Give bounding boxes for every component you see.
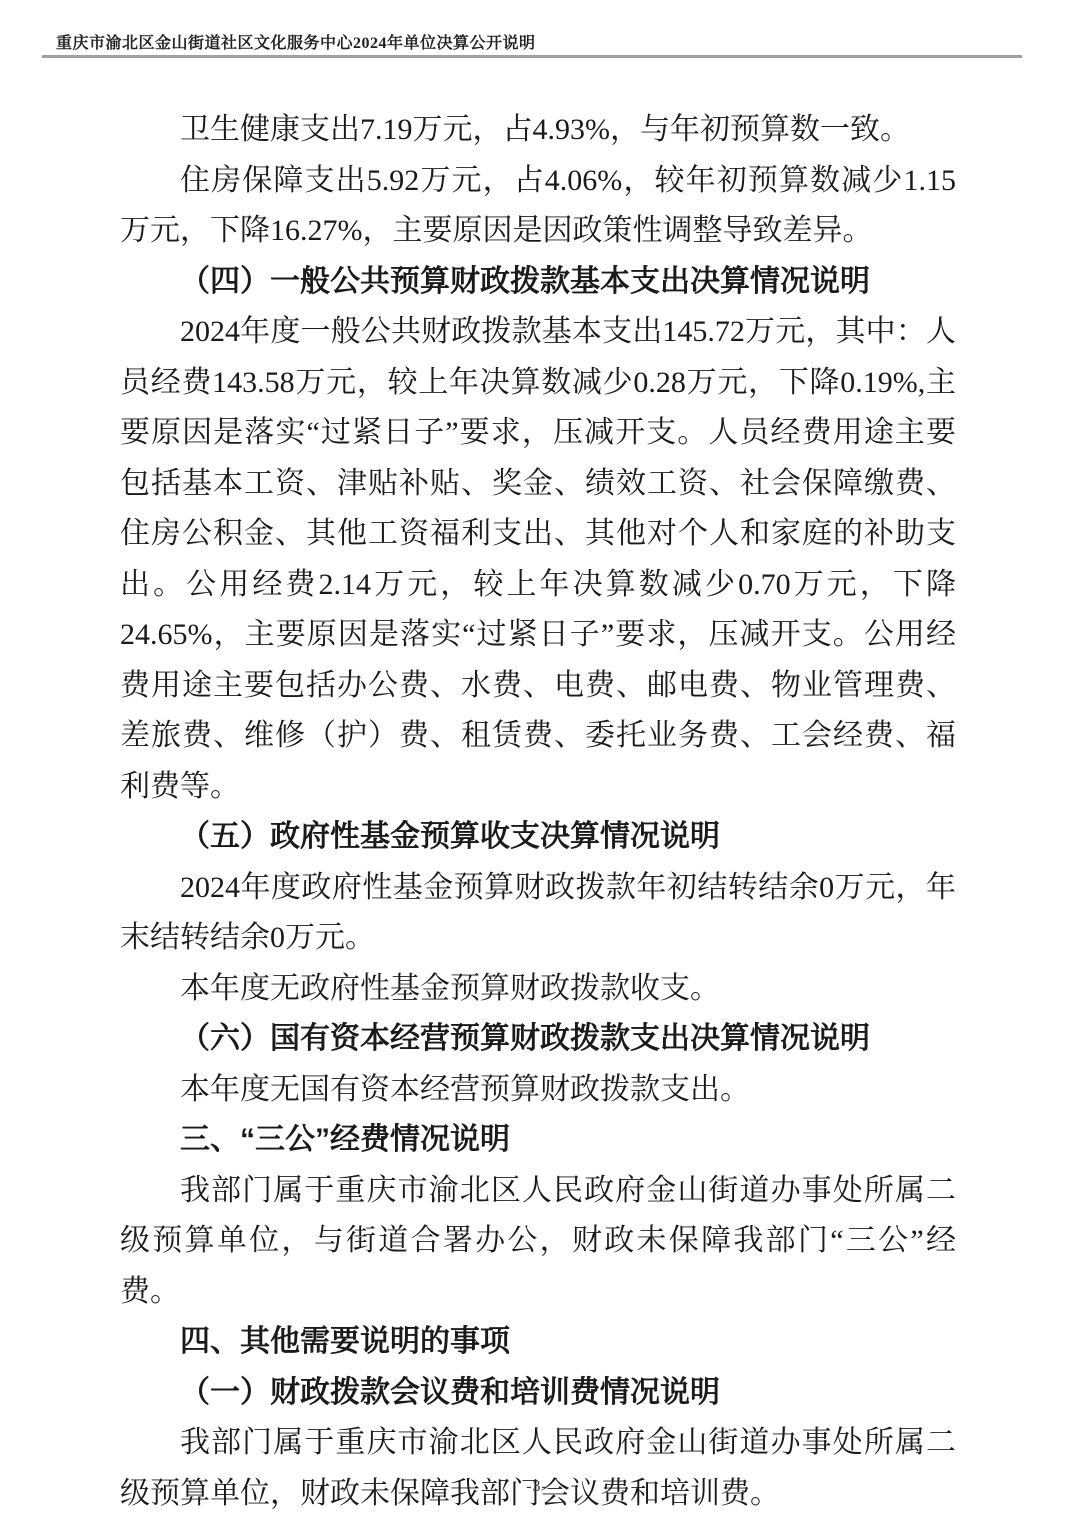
heading-section-1-meeting-training: （一）财政拨款会议费和培训费情况说明: [120, 1368, 956, 1419]
heading-section-5-government-fund: （五）政府性基金预算收支决算情况说明: [120, 812, 956, 863]
heading-section-6-state-capital: （六）国有资本经营预算财政拨款支出决算情况说明: [120, 1014, 956, 1065]
page-number: -3-: [0, 1478, 1074, 1496]
paragraph-meeting-training: 我部门属于重庆市渝北区人民政府金山街道办事处所属二级预算单位，财政未保障我部门会…: [120, 1418, 956, 1519]
document-page: 重庆市渝北区金山街道社区文化服务中心2024年单位决算公开说明 卫生健康支出7.…: [0, 0, 1074, 1520]
paragraph-basic-expenditure-detail: 2024年度一般公共财政拨款基本支出145.72万元，其中：人员经费143.58…: [120, 307, 956, 812]
heading-part-3-three-public-funds: 三、“三公”经费情况说明: [120, 1115, 956, 1166]
paragraph-no-state-capital: 本年度无国有资本经营预算财政拨款支出。: [120, 1065, 956, 1116]
heading-section-4-basic-expenditure: （四）一般公共预算财政拨款基本支出决算情况说明: [120, 257, 956, 308]
paragraph-three-public-funds: 我部门属于重庆市渝北区人民政府金山街道办事处所属二级预算单位，与街道合署办公，财…: [120, 1166, 956, 1318]
document-header-title: 重庆市渝北区金山街道社区文化服务中心2024年单位决算公开说明: [56, 30, 536, 53]
document-body: 卫生健康支出7.19万元，占4.93%，与年初预算数一致。 住房保障支出5.92…: [120, 105, 956, 1519]
header-divider-rule: [42, 55, 1022, 58]
paragraph-health-expenditure: 卫生健康支出7.19万元，占4.93%，与年初预算数一致。: [120, 105, 956, 156]
heading-part-4-other-matters: 四、其他需要说明的事项: [120, 1317, 956, 1368]
paragraph-government-fund-balance: 2024年度政府性基金预算财政拨款年初结转结余0万元，年末结转结余0万元。: [120, 863, 956, 964]
paragraph-no-government-fund: 本年度无政府性基金预算财政拨款收支。: [120, 964, 956, 1015]
paragraph-housing-expenditure: 住房保障支出5.92万元，占4.06%，较年初预算数减少1.15万元，下降16.…: [120, 156, 956, 257]
